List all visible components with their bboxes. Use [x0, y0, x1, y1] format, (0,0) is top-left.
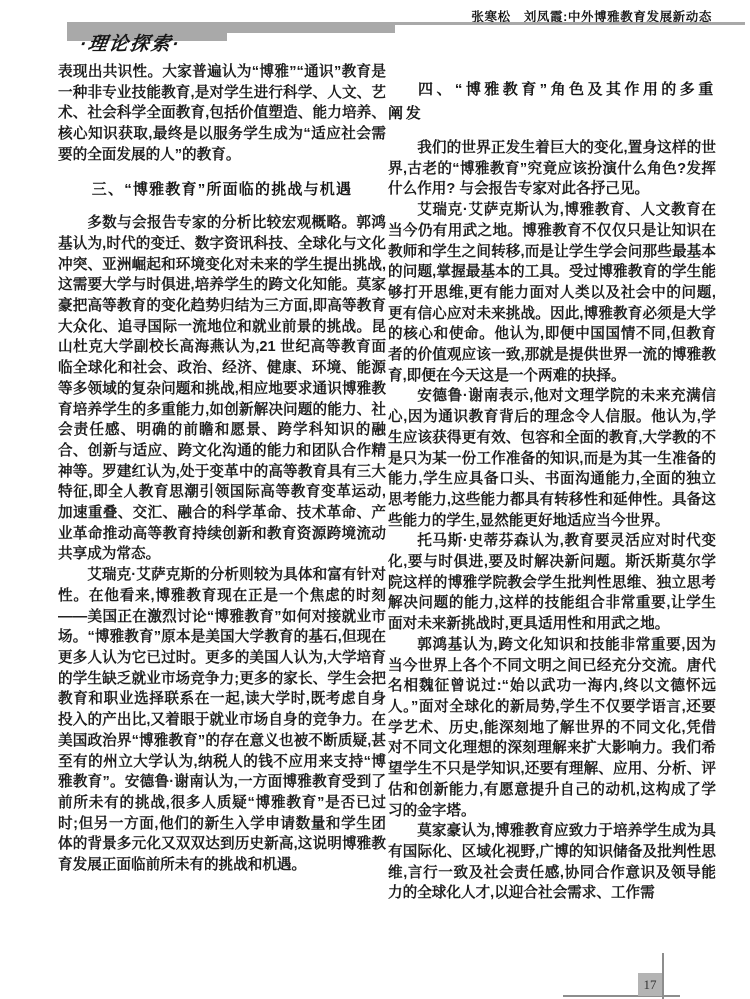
paragraph: 艾瑞克·艾萨克斯的分析则较为具体和富有针对性。在他看来,博雅教育现在正是一个焦虑…	[58, 565, 386, 876]
paragraph-continuation: 表现出共识性。大家普遍认为“博雅”“通识”教育是一种非专业技能教育,是对学生进行…	[58, 62, 386, 166]
paragraph: 安德鲁·谢南表示,他对文理学院的未来充满信心,因为通识教育背后的理念令人信服。他…	[388, 386, 716, 531]
paragraph: 莫家豪认为,博雅教育应致力于培养学生成为具有国际化、区域化视野,广博的知识储备及…	[388, 821, 716, 904]
paragraph: 郭鸿基认为,跨文化知识和技能非常重要,因为当今世界上各个不同文明之间已经充分交流…	[388, 635, 716, 821]
footer-vertical-rule	[662, 953, 664, 999]
left-column: 表现出共识性。大家普遍认为“博雅”“通识”教育是一种非专业技能教育,是对学生进行…	[58, 62, 386, 876]
page-number: 17	[638, 973, 662, 996]
paragraph: 多数与会报告专家的分析比较宏观概略。郭鸿基认为,时代的变迁、数字资讯科技、全球化…	[58, 213, 386, 565]
right-column: 四、“博雅教育”角色及其作用的多重阐发 我们的世界正发生着巨大的变化,置身这样的…	[388, 62, 716, 904]
section-heading-4: 四、“博雅教育”角色及其作用的多重阐发	[388, 78, 716, 126]
section-banner-bar-medium	[227, 22, 395, 33]
section-heading-3: 三、“博雅教育”所面临的挑战与机遇	[58, 180, 386, 201]
paragraph: 艾瑞克·艾萨克斯认为,博雅教育、人文教育在当今仍有用武之地。博雅教育不仅仅只是让…	[388, 200, 716, 386]
section-banner-label: ·理论探索·	[78, 29, 182, 56]
paragraph: 我们的世界正发生着巨大的变化,置身这样的世界,古老的“博雅教育”究竟应该扮演什么…	[388, 138, 716, 200]
section-banner-bar-thin	[395, 22, 745, 25]
paragraph: 托马斯·史蒂芬森认为,教育要灵活应对时代变化,要与时俱进,要及时解决新问题。斯沃…	[388, 531, 716, 635]
